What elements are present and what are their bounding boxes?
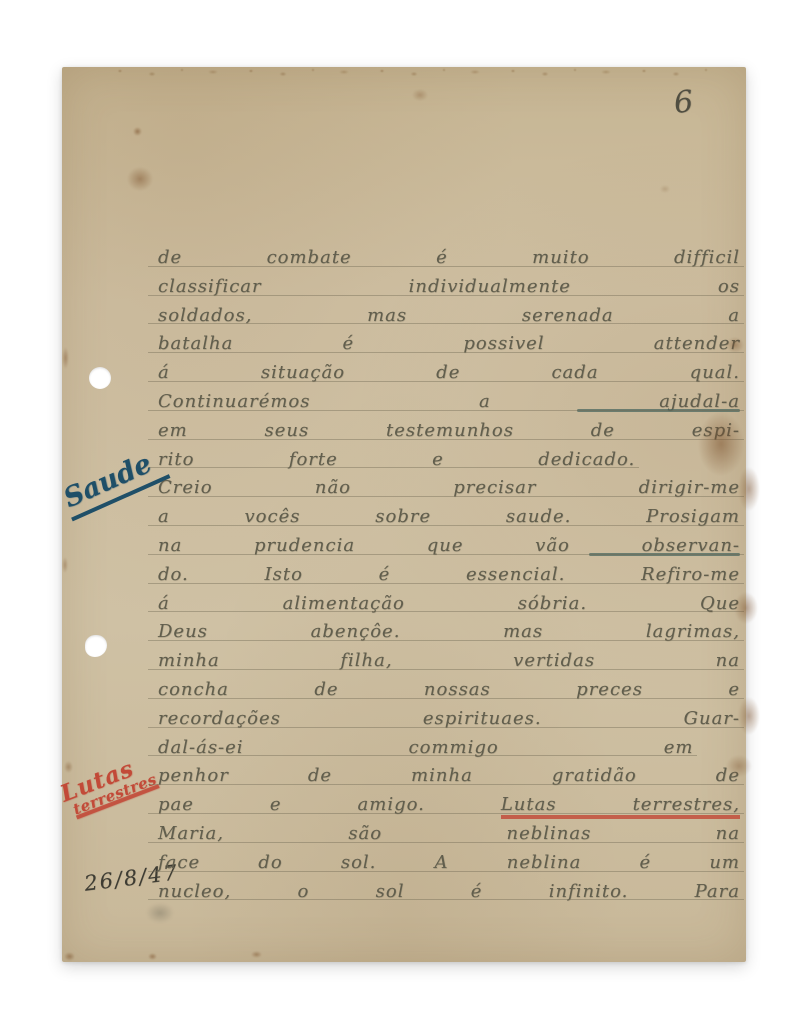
red-underlined-phrase: Lutas terrestres,: [501, 794, 740, 819]
age-stain: [660, 185, 670, 193]
manuscript-line: Deus abençôe. mas lagrimas,: [158, 617, 740, 646]
manuscript-line: classificar individualmente os: [158, 272, 740, 301]
manuscript-line: Creio não precisar dirigir-me: [158, 473, 740, 502]
age-stain: [64, 952, 75, 961]
age-stain: [62, 347, 69, 369]
manuscript-page: 6 Saude Lutas terrestres 26/8/47 de comb…: [62, 67, 746, 962]
manuscript-line: pae e amigo. Lutas terrestres,: [158, 790, 740, 819]
manuscript-line: recordações espirituaes. Guar-: [158, 704, 740, 733]
manuscript-line: rito forte e dedicado.: [158, 445, 635, 474]
ink-streak: [577, 409, 740, 412]
manuscript-lines: de combate é muito difficilclassificar i…: [158, 243, 740, 907]
manuscript-line: Maria, são neblinas na: [158, 819, 740, 848]
margin-note-red: Lutas terrestres: [57, 749, 160, 821]
manuscript-line: nucleo, o sol é infinito. Para: [158, 877, 740, 906]
ink-streak: [589, 553, 740, 556]
manuscript-line: á alimentação sóbria. Que: [158, 589, 740, 618]
manuscript-line: na prudencia que vão observan-: [158, 531, 740, 560]
age-stain: [62, 557, 68, 573]
manuscript-line: batalha é possivel attender: [158, 329, 740, 358]
margin-note-saude: Saude: [57, 443, 170, 521]
manuscript-line: soldados, mas serenada a: [158, 301, 740, 330]
punch-hole-bottom: [85, 635, 107, 657]
manuscript-line: do. Isto é essencial. Refiro-me: [158, 560, 740, 589]
manuscript-line: Continuarémos a ajudal-a: [158, 387, 740, 416]
age-stain: [133, 127, 142, 136]
age-stain: [148, 953, 157, 960]
age-stain: [251, 951, 262, 958]
punch-hole-top: [89, 367, 111, 389]
manuscript-line: minha filha, vertidas na: [158, 646, 740, 675]
manuscript-line: á situação de cada qual.: [158, 358, 740, 387]
age-stain: [127, 167, 153, 191]
manuscript-line: face do sol. A neblina é um: [158, 848, 740, 877]
age-stain: [738, 697, 760, 735]
manuscript-line: penhor de minha gratidão de: [158, 761, 740, 790]
age-stain: [64, 761, 73, 773]
manuscript-line: dal-ás-ei commigo em: [158, 733, 693, 762]
age-stain: [738, 467, 760, 511]
manuscript-line: em seus testemunhos de espi-: [158, 416, 740, 445]
page-number: 6: [672, 84, 695, 121]
manuscript-line: concha de nossas preces e: [158, 675, 740, 704]
scan-background: 6 Saude Lutas terrestres 26/8/47 de comb…: [0, 0, 806, 1024]
age-stain: [412, 89, 428, 101]
manuscript-line: a vocês sobre saude. Prosigam: [158, 502, 740, 531]
stain-speckles-top: [110, 67, 732, 80]
manuscript-line: de combate é muito difficil: [158, 243, 740, 272]
